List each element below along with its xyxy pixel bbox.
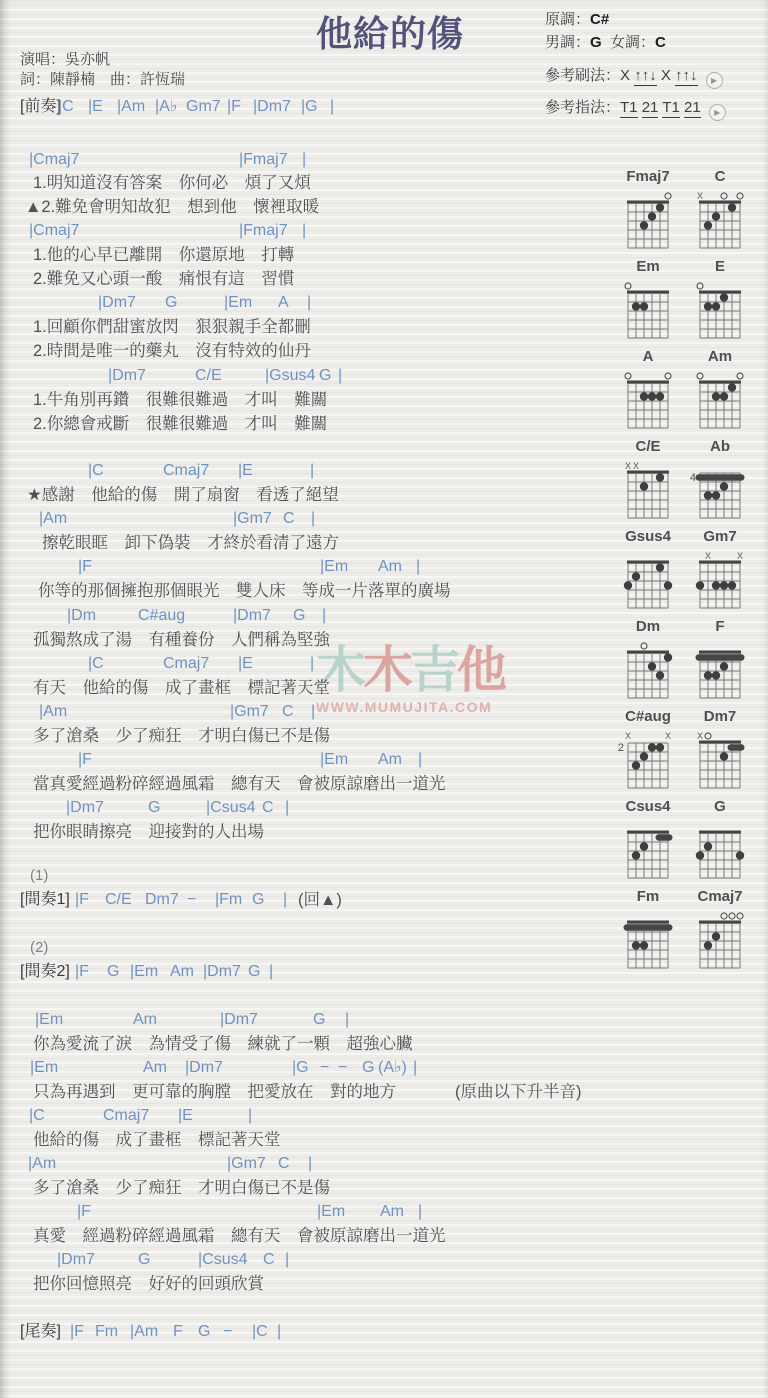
pattern-token: 21 xyxy=(684,99,701,118)
chord-text: C/E xyxy=(195,366,222,386)
chord-name: C#aug xyxy=(610,709,686,727)
finger-label: 參考指法： xyxy=(545,99,620,116)
chord-diagram-ab: Ab4 xyxy=(682,439,758,528)
chord-text: | xyxy=(311,509,315,529)
chord-text: C xyxy=(263,1250,275,1270)
chord-text: |Am xyxy=(130,1322,158,1342)
svg-text:X: X xyxy=(697,191,703,201)
chord-text: C#aug xyxy=(138,606,185,626)
lyric-text: 把你眼睛擦亮 迎接對的人出場 xyxy=(33,822,264,842)
chord-text: | xyxy=(307,293,311,313)
chord-text: Am xyxy=(378,750,402,770)
chord-name: Gm7 xyxy=(682,529,758,547)
lyric-text: (1) xyxy=(30,866,48,886)
original-key-label: 原調： xyxy=(545,11,590,28)
pattern-token: X xyxy=(657,67,675,84)
chord-grid: XX xyxy=(682,547,758,613)
svg-text:X: X xyxy=(665,731,671,741)
chord-text: G xyxy=(148,798,160,818)
performer-credit: 演唱：吳亦帆 xyxy=(20,48,110,69)
chord-text: |C xyxy=(29,1106,45,1126)
chord-text: G xyxy=(198,1322,210,1342)
chord-name: A xyxy=(610,349,686,367)
chord-text: |Fmaj7 xyxy=(239,150,288,170)
chord-text: C xyxy=(278,1154,290,1174)
lyric-text: 2.你總會戒斷 很難很難過 才叫 難關 xyxy=(33,414,327,434)
lyric-text: 你為愛流了淚 為情受了傷 練就了一顆 超強心臟 xyxy=(33,1034,413,1054)
chord-text: |Am xyxy=(28,1154,56,1174)
chord-text: |Gm7 xyxy=(230,702,269,722)
chord-name: Gsus4 xyxy=(610,529,686,547)
chord-text: |Fmaj7 xyxy=(239,221,288,241)
chord-text: Cmaj7 xyxy=(163,654,209,674)
female-key-label: 女調： xyxy=(602,34,655,51)
chord-text: | xyxy=(277,1322,281,1342)
chord-text: |Dm xyxy=(67,606,96,626)
chord-diagram-f: F xyxy=(682,619,758,708)
chord-grid xyxy=(610,817,686,883)
finger-pattern: T1 21 T1 21 xyxy=(620,99,701,118)
chord-text: F xyxy=(173,1322,183,1342)
chord-grid xyxy=(682,907,758,973)
svg-text:X: X xyxy=(625,731,631,741)
chord-grid xyxy=(610,907,686,973)
chord-text: Am xyxy=(380,1202,404,1222)
chord-text: Am xyxy=(378,557,402,577)
chord-text: |F xyxy=(78,750,92,770)
svg-text:2: 2 xyxy=(618,742,624,754)
chord-name: Am xyxy=(682,349,758,367)
chord-text: | xyxy=(302,150,306,170)
chord-grid: X xyxy=(682,187,758,253)
chord-text: |Dm7 xyxy=(220,1010,258,1030)
original-key: 原調：C# xyxy=(545,8,609,29)
chord-text: | xyxy=(310,654,314,674)
chord-text: |Em xyxy=(130,962,158,982)
chord-text: |F xyxy=(77,1202,91,1222)
chord-text: Gm7 xyxy=(186,97,221,117)
chord-text: |Am xyxy=(39,702,67,722)
lyric-text: 當真愛經過粉碎經過風霜 總有天 會被原諒磨出一道光 xyxy=(33,774,446,794)
chord-name: F xyxy=(682,619,758,637)
chord-name: C xyxy=(682,169,758,187)
chord-diagram-cmaj7: Cmaj7 xyxy=(682,889,758,978)
chord-text: Dm7 xyxy=(145,890,179,910)
play-strum-button[interactable]: ▶ xyxy=(706,72,723,89)
chord-name: E xyxy=(682,259,758,277)
pattern-token: T1 xyxy=(620,99,638,118)
chord-text: | xyxy=(283,890,287,910)
chord-diagram-fm: Fm xyxy=(610,889,686,978)
chord-name: Cmaj7 xyxy=(682,889,758,907)
lyric-text: 真愛 經過粉碎經過風霜 總有天 會被原諒磨出一道光 xyxy=(33,1226,446,1246)
chord-text: | xyxy=(416,557,420,577)
chord-text: |E xyxy=(238,461,253,481)
chord-text: | xyxy=(413,1058,417,1078)
play-icon: ▶ xyxy=(707,73,722,88)
chord-text: | xyxy=(338,366,342,386)
chord-diagram-ce: C/EXX xyxy=(610,439,686,528)
chord-diagram-c#aug: C#augXX2 xyxy=(610,709,686,798)
lyric-text: ★感謝 他給的傷 開了扇窗 看透了絕望 xyxy=(27,485,339,505)
male-female-key: 男調：G 女調：C xyxy=(545,31,666,52)
pattern-token: ↑↑↓ xyxy=(675,67,698,86)
chord-grid: 4 xyxy=(682,457,758,523)
chord-text: − xyxy=(223,1322,232,1342)
chord-text: (A♭) xyxy=(378,1058,407,1078)
chord-text: | xyxy=(345,1010,349,1030)
chord-text: | xyxy=(248,1106,252,1126)
section-label: [間奏2] xyxy=(20,962,70,982)
lyric-text: 他給的傷 成了畫框 標記著天堂 xyxy=(33,1130,281,1150)
finger-pattern-row: 參考指法：T1 21 T1 21▶ xyxy=(545,96,726,121)
chord-grid: XX xyxy=(610,457,686,523)
chord-diagram-em: Em xyxy=(610,259,686,348)
original-key-value: C# xyxy=(590,11,609,28)
chord-text: |Dm7 xyxy=(185,1058,223,1078)
chord-text: |Csus4 xyxy=(206,798,256,818)
chord-text: |F xyxy=(70,1322,84,1342)
chord-text: − xyxy=(338,1058,347,1078)
chord-text: − xyxy=(187,890,196,910)
chord-diagram-gm7: Gm7XX xyxy=(682,529,758,618)
chord-text: G xyxy=(138,1250,150,1270)
chord-name: Ab xyxy=(682,439,758,457)
chord-text: |Dm7 xyxy=(66,798,104,818)
play-finger-button[interactable]: ▶ xyxy=(709,104,726,121)
chord-text: |Em xyxy=(317,1202,345,1222)
chord-text: | xyxy=(418,750,422,770)
lyric-text: 1.他的心早已離開 你還原地 打轉 xyxy=(33,245,294,265)
chord-grid xyxy=(610,187,686,253)
pattern-token: T1 xyxy=(662,99,680,118)
svg-text:X: X xyxy=(697,731,703,741)
chord-diagram-am: Am xyxy=(682,349,758,438)
chord-diagram-e: E xyxy=(682,259,758,348)
chord-text: Cmaj7 xyxy=(103,1106,149,1126)
chord-diagram-a: A xyxy=(610,349,686,438)
chord-text: Am xyxy=(133,1010,157,1030)
lyric-text: (原曲以下升半音) xyxy=(455,1082,582,1102)
chord-text: Am xyxy=(170,962,194,982)
chord-text: |E xyxy=(88,97,103,117)
lyric-text: 擦乾眼眶 卸下偽裝 才終於看清了遠方 xyxy=(42,533,339,553)
chord-text: |A♭ xyxy=(155,97,177,117)
chord-text: |Gm7 xyxy=(227,1154,266,1174)
chord-text: Cmaj7 xyxy=(163,461,209,481)
chord-text: |E xyxy=(238,654,253,674)
chord-name: Fm xyxy=(610,889,686,907)
lyric-text: 把你回憶照亮 好好的回頭欣賞 xyxy=(33,1274,264,1294)
chord-diagram-dm7: Dm7X xyxy=(682,709,758,798)
chord-text: |G xyxy=(292,1058,309,1078)
lyric-text: 有天 他給的傷 成了畫框 標記著天堂 xyxy=(33,678,330,698)
chord-grid: XX2 xyxy=(610,727,686,793)
chord-text: |G xyxy=(301,97,318,117)
lyric-text: ▲2.難免會明知故犯 想到他 懷裡取暖 xyxy=(25,197,319,217)
chord-text: | xyxy=(285,798,289,818)
chord-text: C xyxy=(262,798,274,818)
chord-diagram-csus4: Csus4 xyxy=(610,799,686,888)
chord-name: G xyxy=(682,799,758,817)
chord-text: |Em xyxy=(30,1058,58,1078)
chord-text: Am xyxy=(143,1058,167,1078)
writer-credit: 詞：陳靜楠 曲：許恆瑞 xyxy=(20,68,185,89)
lyric-text: 2.難免又心頭一酸 痛恨有這 習慣 xyxy=(33,269,294,289)
chord-diagram-c: CX xyxy=(682,169,758,258)
svg-text:X: X xyxy=(737,551,743,561)
chord-text: | xyxy=(285,1250,289,1270)
chord-text: |Em xyxy=(35,1010,63,1030)
play-icon: ▶ xyxy=(710,105,725,120)
chord-text: | xyxy=(311,702,315,722)
chord-text: |C xyxy=(252,1322,268,1342)
strum-label: 參考刷法： xyxy=(545,67,620,84)
chord-text: G xyxy=(313,1010,325,1030)
section-label: [前奏] xyxy=(20,97,61,117)
chord-text: |C xyxy=(88,461,104,481)
chord-text: |Dm7 xyxy=(233,606,271,626)
chord-text: |Gm7 xyxy=(233,509,272,529)
chord-text: |E xyxy=(178,1106,193,1126)
chord-grid xyxy=(610,547,686,613)
chord-text: |Dm7 xyxy=(108,366,146,386)
lyric-text: 1.回顧你們甜蜜放閃 狠狠親手全都刪 xyxy=(33,317,311,337)
chord-text: |Em xyxy=(320,750,348,770)
chord-grid xyxy=(682,277,758,343)
chord-text: | xyxy=(330,97,334,117)
chord-text: |Em xyxy=(224,293,252,313)
chord-text: |Em xyxy=(320,557,348,577)
chord-text: |Dm7 xyxy=(253,97,291,117)
svg-text:X: X xyxy=(633,461,639,471)
lyric-text: 多了滄桑 少了痴狂 才明白傷已不是傷 xyxy=(33,1178,330,1198)
chord-name: Dm7 xyxy=(682,709,758,727)
lyric-text: 1.牛角別再鑽 很難很難過 才叫 難關 xyxy=(33,390,327,410)
chord-diagram-gsus4: Gsus4 xyxy=(610,529,686,618)
strum-pattern-row: 參考刷法：X ↑↑↓ X ↑↑↓▶ xyxy=(545,64,723,89)
watermark-char: 吉 xyxy=(410,642,457,698)
chord-name: Csus4 xyxy=(610,799,686,817)
chord-text: | xyxy=(302,221,306,241)
section-label: [間奏1] xyxy=(20,890,70,910)
chord-text: |Cmaj7 xyxy=(29,150,79,170)
pattern-token: 21 xyxy=(642,99,659,118)
chord-text: |Am xyxy=(39,509,67,529)
strum-pattern: X ↑↑↓ X ↑↑↓ xyxy=(620,67,698,86)
section-label: [尾奏] xyxy=(20,1322,61,1342)
chord-text: G xyxy=(252,890,264,910)
chord-text: |F xyxy=(75,890,89,910)
chord-text: | xyxy=(310,461,314,481)
chord-text: G xyxy=(319,366,331,386)
chord-text: Fm xyxy=(95,1322,118,1342)
chord-name: Fmaj7 xyxy=(610,169,686,187)
watermark-url: WWW.MUMUJITA.COM xyxy=(316,700,516,714)
chord-text: |F xyxy=(75,962,89,982)
chord-text: |C xyxy=(58,97,74,117)
chord-text: | xyxy=(269,962,273,982)
male-key-label: 男調： xyxy=(545,34,590,51)
svg-text:4: 4 xyxy=(690,472,696,484)
chord-text: |C xyxy=(88,654,104,674)
chord-text: C/E xyxy=(105,890,132,910)
chord-text: |Cmaj7 xyxy=(29,221,79,241)
chord-text: C xyxy=(283,509,295,529)
chord-text: |F xyxy=(227,97,241,117)
page-title: 他給的傷 xyxy=(240,6,540,57)
chord-text: G xyxy=(248,962,260,982)
chord-text: − xyxy=(320,1058,329,1078)
watermark-char: 木 xyxy=(363,642,410,698)
chord-grid xyxy=(610,637,686,703)
watermark: 木木吉他WWW.MUMUJITA.COM xyxy=(316,642,516,714)
chord-text: G xyxy=(293,606,305,626)
svg-text:X: X xyxy=(705,551,711,561)
pattern-token: ↑↑↓ xyxy=(634,67,657,86)
chord-sheet-page: 木木吉他WWW.MUMUJITA.COM 他給的傷 演唱：吳亦帆 詞：陳靜楠 曲… xyxy=(0,0,768,1398)
lyric-text: 只為再遇到 更可靠的胸膛 把愛放在 對的地方 xyxy=(33,1082,396,1102)
chord-text: |Gsus4 xyxy=(265,366,315,386)
chord-text: G xyxy=(362,1058,374,1078)
chord-grid xyxy=(610,277,686,343)
chord-text: | xyxy=(308,1154,312,1174)
lyric-text: (2) xyxy=(30,938,48,958)
chord-name: Em xyxy=(610,259,686,277)
chord-diagram-g: G xyxy=(682,799,758,888)
lyric-text: 1.明知道沒有答案 你何必 煩了又煩 xyxy=(33,173,311,193)
chord-text: |Dm7 xyxy=(57,1250,95,1270)
chord-name: Dm xyxy=(610,619,686,637)
chord-text: |F xyxy=(78,557,92,577)
chord-grid: X xyxy=(682,727,758,793)
lyric-text: 2.時間是唯一的藥丸 沒有特效的仙丹 xyxy=(33,341,311,361)
lyric-text: 多了滄桑 少了痴狂 才明白傷已不是傷 xyxy=(33,726,330,746)
chord-grid xyxy=(682,637,758,703)
chord-text: | xyxy=(322,606,326,626)
chord-text: |Dm7 xyxy=(98,293,136,313)
male-key-value: G xyxy=(590,34,602,51)
chord-grid xyxy=(682,367,758,433)
chord-diagram-dm: Dm xyxy=(610,619,686,708)
chord-text: G xyxy=(107,962,119,982)
chord-text: A xyxy=(278,293,289,313)
svg-text:X: X xyxy=(625,461,631,471)
chord-text: C xyxy=(282,702,294,722)
chord-name: C/E xyxy=(610,439,686,457)
chord-text: |Csus4 xyxy=(198,1250,248,1270)
chord-text: |Fm xyxy=(215,890,242,910)
lyric-text: 你等的那個擁抱那個眼光 雙人床 等成一片落單的廣場 xyxy=(38,581,451,601)
chord-text: G xyxy=(165,293,177,313)
lyric-text: (回▲) xyxy=(298,890,342,910)
pattern-token: X xyxy=(620,67,634,84)
chord-text: |Dm7 xyxy=(203,962,241,982)
lyric-text: 孤獨熬成了湯 有種養份 人們稱為堅強 xyxy=(33,630,330,650)
watermark-char: 他 xyxy=(457,642,504,698)
chord-grid xyxy=(610,367,686,433)
chord-grid xyxy=(682,817,758,883)
chord-text: | xyxy=(418,1202,422,1222)
chord-diagram-fmaj7: Fmaj7 xyxy=(610,169,686,258)
female-key-value: C xyxy=(655,34,666,51)
chord-text: |Am xyxy=(117,97,145,117)
